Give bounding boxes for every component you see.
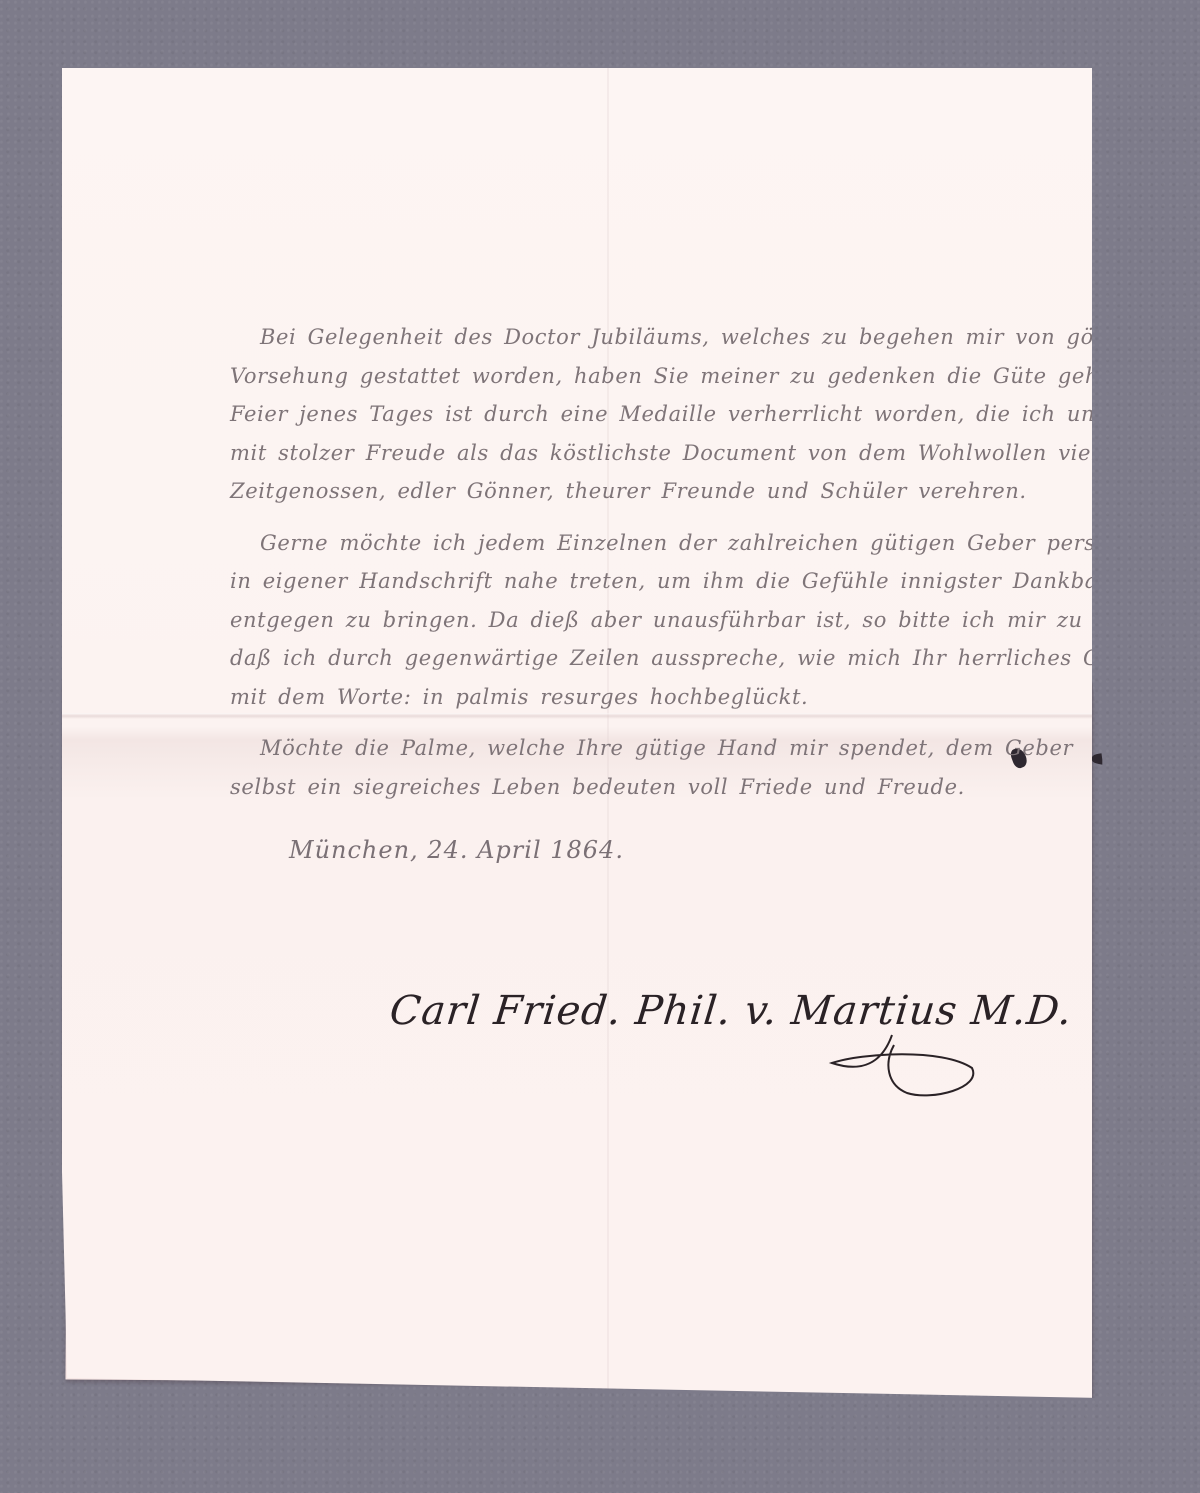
signature-flourish-icon xyxy=(822,1033,992,1103)
letter-sheet: Bei Gelegenheit des Doctor Jubiläums, we… xyxy=(62,68,1092,1398)
paragraph-3: Möchte die Palme, welche Ihre gütige Han… xyxy=(230,729,1090,806)
text-line: Feier jenes Tages ist durch eine Medaill… xyxy=(230,395,1090,434)
handwritten-signature: Carl Fried. Phil. v. Martius M.D. xyxy=(388,988,1075,1034)
text-line: Möchte die Palme, welche Ihre gütige Han… xyxy=(230,729,1090,768)
text-line: mit dem Worte: in palmis resurges hochbe… xyxy=(230,678,1090,717)
letter-body: Bei Gelegenheit des Doctor Jubiläums, we… xyxy=(230,318,1090,819)
text-line: Vorsehung gestattet worden, haben Sie me… xyxy=(230,357,1090,396)
text-line: entgegen zu bringen. Da dieß aber unausf… xyxy=(230,601,1090,640)
text-line: Zeitgenossen, edler Gönner, theurer Freu… xyxy=(230,472,1090,511)
place-and-date: München, 24. April 1864. xyxy=(289,836,624,864)
text-line: in eigener Handschrift nahe treten, um i… xyxy=(230,562,1090,601)
paper-damage-hole xyxy=(1092,753,1132,765)
text-line: selbst ein siegreiches Leben bedeuten vo… xyxy=(230,768,1090,807)
text-line: Bei Gelegenheit des Doctor Jubiläums, we… xyxy=(230,318,1090,357)
paragraph-2: Gerne möchte ich jedem Einzelnen der zah… xyxy=(230,524,1090,717)
text-line: mit stolzer Freude als das köstlichste D… xyxy=(230,434,1090,473)
text-line: Gerne möchte ich jedem Einzelnen der zah… xyxy=(230,524,1090,563)
text-line: daß ich durch gegenwärtige Zeilen ausspr… xyxy=(230,639,1090,678)
paragraph-1: Bei Gelegenheit des Doctor Jubiläums, we… xyxy=(230,318,1090,511)
